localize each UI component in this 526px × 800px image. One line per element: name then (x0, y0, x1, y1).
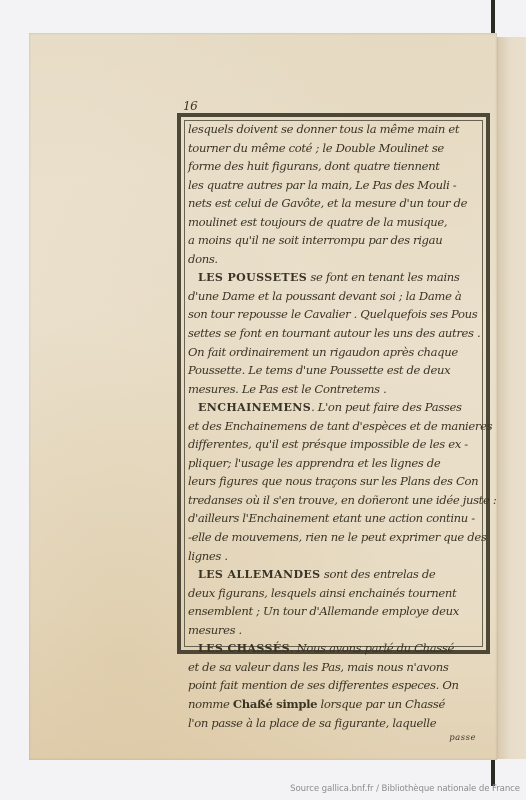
text-line: settes se font en tournant autour les un… (188, 324, 482, 343)
text-line: moulinet est toujours de quatre de la mu… (188, 213, 482, 232)
emphasized-term: Chaßé simple (233, 697, 317, 711)
text-line: deux figurans, lesquels ainsi enchainés … (188, 584, 482, 603)
text-line: tredanses où il s'en trouve, en doñeront… (188, 491, 482, 510)
section-allemandes: LES ALLEMANDES sont des entrelas de (188, 565, 482, 584)
section-heading: LES POUSSETES (198, 271, 307, 284)
text-line: les quatre autres par la main, Le Pas de… (188, 176, 482, 195)
text-line: lesquels doivent se donner tous la même … (188, 120, 482, 139)
text-line: mesures. Le Pas est le Contretems . (188, 380, 482, 399)
book-edge-shadow-top (491, 0, 495, 34)
text-line: differentes, qu'il est présque impossibl… (188, 435, 482, 454)
section-heading: ENCHAINEMENS (198, 401, 311, 414)
text-line: leurs figures que nous traçons sur les P… (188, 472, 482, 491)
page-text: lesquels doivent se donner tous la même … (188, 120, 482, 744)
text-line: Poussette. Le tems d'une Poussette est d… (188, 361, 482, 380)
text-line: point fait mention de ses differentes es… (188, 676, 482, 695)
text-line: d'une Dame et la poussant devant soi ; l… (188, 287, 482, 306)
text-line: nomme Chaßé simple lorsque par un Chassé (188, 695, 482, 714)
document-viewer: 16 lesquels doivent se donner tous la mê… (0, 0, 526, 800)
catchword: passe (188, 732, 482, 744)
text-line: On fait ordinairement un rigaudon après … (188, 343, 482, 362)
text-line: forme des huit figurans, dont quatre tie… (188, 157, 482, 176)
text-line: nets est celui de Gavôte, et la mesure d… (188, 194, 482, 213)
section-heading: LES ALLEMANDES (198, 568, 321, 581)
adjacent-page-edge (497, 37, 526, 759)
text-line: pliquer; l'usage les apprendra et les li… (188, 454, 482, 473)
text-line: lignes . (188, 547, 482, 566)
text-line: tourner du même coté ; le Double Mouline… (188, 139, 482, 158)
text-line: ensemblent ; Un tour d'Allemande employe… (188, 602, 482, 621)
text-line: son tour repousse le Cavalier . Quelquef… (188, 305, 482, 324)
text-line: dons. (188, 250, 482, 269)
text-line: et des Enchainemens de tant d'espèces et… (188, 417, 482, 436)
text-line: mesures . (188, 621, 482, 640)
text-line: et de sa valeur dans les Pas, mais nous … (188, 658, 482, 677)
text-line: -elle de mouvemens, rien ne le peut expr… (188, 528, 482, 547)
text-line: l'on passe à la place de sa figurante, l… (188, 714, 482, 733)
section-chasses: LES CHASSÉS. Nous avons parlé du Chassé (188, 639, 482, 658)
text-line: d'ailleurs l'Enchainement etant une acti… (188, 509, 482, 528)
book-edge-shadow-bottom (491, 760, 495, 786)
section-poussettes: LES POUSSETES se font en tenant les main… (188, 268, 482, 287)
section-heading: LES CHASSÉS (198, 642, 290, 655)
text-frame: lesquels doivent se donner tous la même … (177, 113, 490, 654)
page-number: 16 (183, 99, 197, 113)
source-credit: Source gallica.bnf.fr / Bibliothèque nat… (290, 784, 520, 794)
section-enchainemens: ENCHAINEMENS. L'on peut faire des Passes (188, 398, 482, 417)
text-line: a moins qu'il ne soit interrompu par des… (188, 231, 482, 250)
